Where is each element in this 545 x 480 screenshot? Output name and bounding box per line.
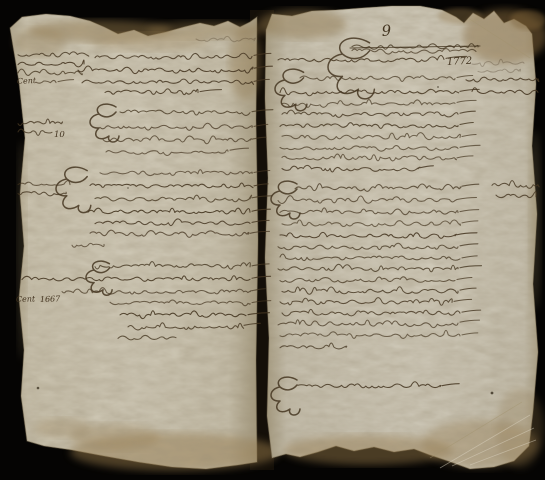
manuscript-scan: 9 1772 Cent 10 Cent 1667 xyxy=(0,0,545,480)
margin-note-year: 1667 xyxy=(40,294,62,304)
margin-note-number: 10 xyxy=(54,130,65,140)
header-year: 1772 xyxy=(447,56,473,68)
margin-note-cent-top: Cent xyxy=(17,76,37,86)
margin-note-cent: Cent xyxy=(16,294,36,304)
scan-viewport: 9 1772 Cent 10 Cent 1667 xyxy=(0,0,545,480)
page-number: 9 xyxy=(381,21,392,40)
